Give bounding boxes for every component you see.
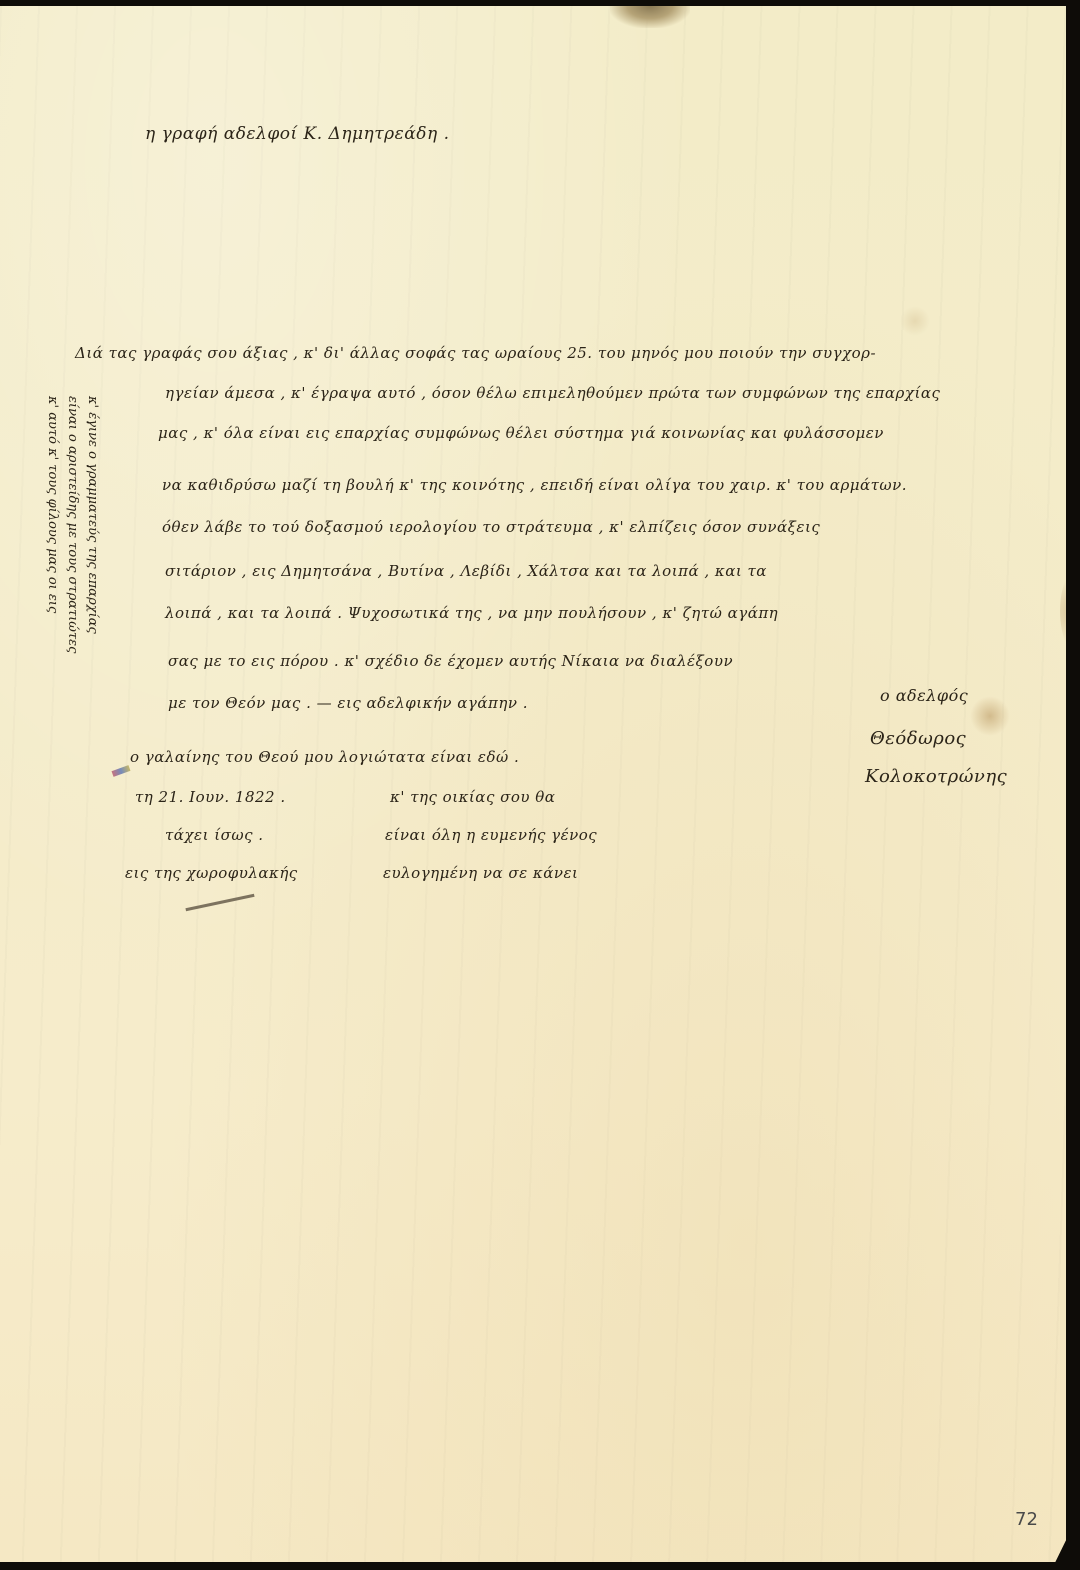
- postscript-line: κ' της οικίας σου θα: [390, 788, 555, 806]
- closing-salutation: ο αδελφός: [880, 686, 968, 705]
- body-line: λοιπά , και τα λοιπά . Ψυχοσωτικά της , …: [165, 604, 778, 622]
- torn-edge: [610, 6, 690, 28]
- body-line: με τον Θεόν μας . — εις αδελφικήν αγάπην…: [168, 694, 528, 712]
- signature-first-name: Θεόδωρος: [870, 728, 966, 749]
- postscript-line: ευλογημένη να σε κάνει: [383, 864, 578, 882]
- margin-note-line: κ' αυτό κ' τους φίλους μας οι εις: [45, 396, 60, 613]
- postscript-line: εις της χωροφυλακής: [125, 864, 298, 882]
- letter-heading: η γραφή αδελφοί Κ. Δημητρεάδη .: [145, 124, 449, 144]
- body-line: Διά τας γραφάς σου άξιας , κ' δι' άλλας …: [75, 344, 876, 362]
- postscript-line: ο γαλαίνης του Θεού μου λογιώτατα είναι …: [130, 748, 519, 766]
- page-number: 72: [1015, 1509, 1038, 1530]
- margin-note-line: είναι ο αριστείδης με τους στρατιώτες: [65, 396, 80, 653]
- body-line: σιτάριον , εις Δημητσάνα , Βυτίνα , Λεβί…: [165, 562, 767, 580]
- postscript-line: τάχει ίσως .: [165, 826, 264, 844]
- date-line: τη 21. Ιουν. 1822 .: [135, 788, 286, 806]
- stain: [970, 696, 1010, 736]
- body-line: μας , κ' όλα είναι εις επαρχίας συμφώνως…: [158, 424, 884, 442]
- body-line: να καθιδρύσω μαζί τη βουλή κ' της κοινότ…: [162, 476, 907, 494]
- stain: [1060, 566, 1080, 656]
- body-line: όθεν λάβε το τού δοξασμού ιερολογίου το …: [162, 518, 820, 536]
- postscript-line: είναι όλη η ευμενής γένος: [385, 826, 597, 844]
- margin-note-line: κ' έγινε ο γραμματεύς της επαρχίας: [85, 396, 100, 634]
- body-line: ηγείαν άμεσα , κ' έγραψα αυτό , όσον θέλ…: [165, 384, 940, 402]
- body-line: σας με το εις πόρου . κ' σχέδιο δε έχομε…: [168, 652, 733, 670]
- ink-mark: [112, 765, 131, 777]
- signature-surname: Κολοκοτρώνης: [865, 766, 1007, 787]
- stain: [900, 306, 930, 336]
- manuscript-page: η γραφή αδελφοί Κ. Δημητρεάδη . Διά τας …: [0, 6, 1066, 1562]
- pen-stroke: [185, 894, 254, 911]
